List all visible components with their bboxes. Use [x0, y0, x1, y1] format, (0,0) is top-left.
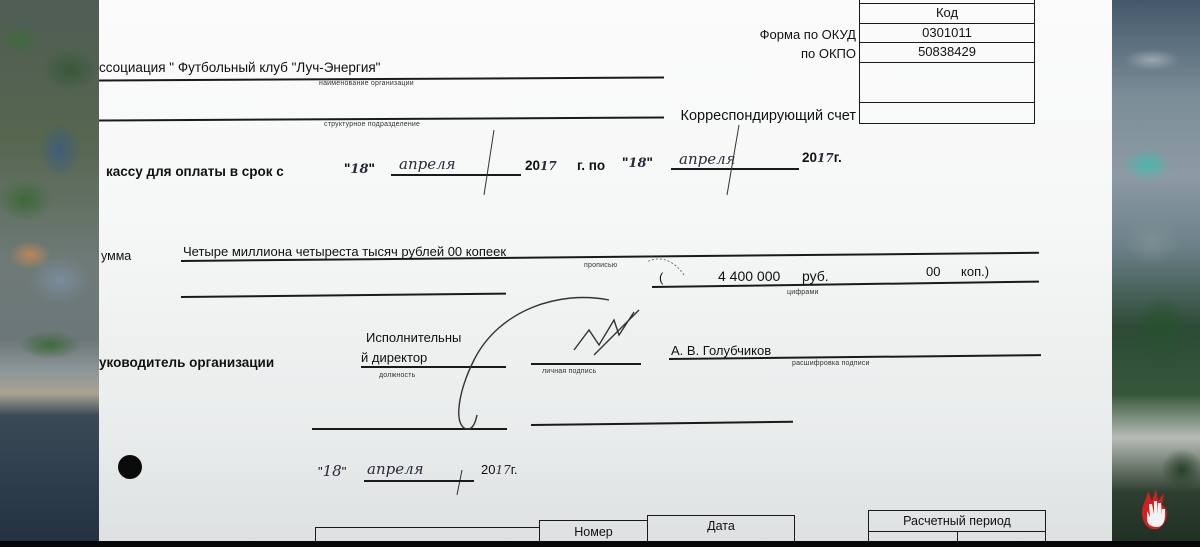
background-photo-left	[0, 0, 100, 547]
table-header-number: Номер	[539, 520, 647, 541]
hand-logo-icon	[1138, 487, 1172, 531]
document-sheet: Код 0301011 50838429 Форма по ОКУД по ОК…	[99, 0, 1112, 541]
sign-date-year: 2017г.	[481, 462, 518, 477]
video-bottom-bar	[0, 541, 1200, 547]
table-header-period: Расчетный период	[868, 510, 1046, 532]
sign-date-month-line	[364, 480, 474, 482]
background-photo-right	[1112, 0, 1200, 547]
sign-date-month: апреля	[367, 460, 424, 478]
handwritten-signature	[99, 0, 1112, 541]
table-header-date: Дата	[647, 515, 795, 541]
period-subcell-1	[868, 532, 957, 541]
table-header-cell-1	[315, 527, 539, 541]
hole-punch	[118, 455, 142, 479]
period-subcell-2	[957, 532, 1046, 541]
sign-date-day: "18"	[318, 462, 346, 480]
